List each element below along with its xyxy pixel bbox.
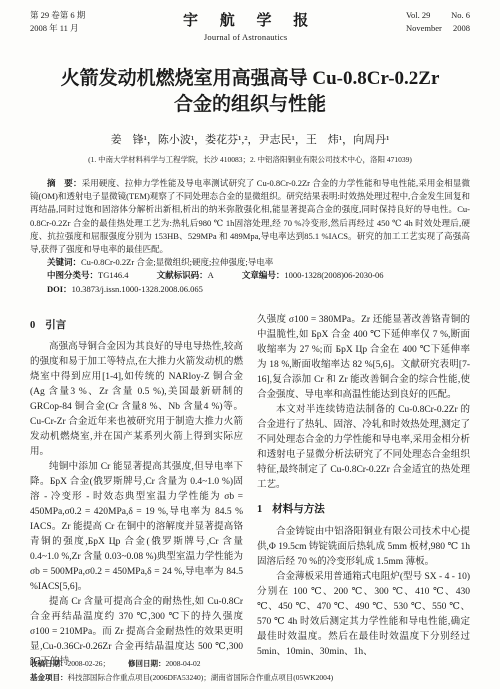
paragraph: 合金铸锭由中铝洛阳铜业有限公司技术中心提供,Φ 19.5cm 铸锭铣面后热轧成 … (257, 525, 470, 570)
funding-line: 基金项目：科技部国际合作重点项目(2006DFA53240)；湖南省国际合作重点… (30, 671, 470, 685)
doi-line: DOI：10.3873/j.issn.1000-1328.2008.06.065 (30, 283, 470, 296)
issue-volume-cn: 第 29 卷第 6 期 (30, 9, 85, 22)
issue-no-en: No. 6 (451, 9, 470, 22)
received-dates-line: 收稿日期：2008-02-26；修回日期：2008-04-02 (30, 657, 470, 671)
journal-masthead: 第 29 卷第 6 期 2008 年 11 月 宇 航 学 报 Journal … (30, 9, 470, 42)
clc-value: TG146.4 (98, 270, 128, 280)
section-1-number: 1 (257, 504, 262, 515)
footnote-block: 收稿日期：2008-02-26；修回日期：2008-04-02 基金项目：科技部… (30, 657, 470, 684)
issue-info-en: Vol. 29 No. 6 November 2008 (406, 9, 470, 34)
section-1-title: 材料与方法 (272, 504, 325, 515)
issue-month-en: November (406, 22, 442, 35)
article-id-pair: 文章编号：1000-1328(2008)06-2030-06 (242, 270, 384, 280)
abstract-label: 摘 要： (47, 178, 82, 188)
received-label: 收稿日期： (30, 659, 68, 668)
keywords-text: Cu-0.8Cr-0.2Zr 合金;显微组织;硬度;拉伸强度;导电率 (81, 257, 273, 267)
revised-value: 2008-04-02 (166, 659, 201, 668)
article-id-value: 1000-1328(2008)06-2030-06 (284, 270, 383, 280)
article-title-line2: 合金的组织与性能 (30, 92, 470, 118)
article-title-line1: 火箭发动机燃烧室用高强高导 Cu-0.8Cr-0.2Zr (30, 66, 470, 92)
clc-label: 中图分类号： (47, 270, 98, 280)
paragraph: 合金薄板采用普通箱式电阻炉(型号 SX - 4 - 10)分别在 100 ℃、2… (257, 570, 470, 660)
affiliation-line: (1. 中南大学材料科学与工程学院，长沙 410083；2. 中铝洛阳铜业有限公… (30, 154, 470, 165)
abstract-section: 摘 要：采用硬度、拉伸力学性能及导电率测试研究了 Cu-0.8Cr-0.2Zr … (30, 177, 470, 296)
issue-info-cn: 第 29 卷第 6 期 2008 年 11 月 (30, 9, 85, 34)
keywords-label: 关键词： (47, 257, 81, 267)
classification-line: 中图分类号：TG146.4 文献标识码：A 文章编号：1000-1328(200… (30, 269, 470, 282)
section-1-heading: 1材料与方法 (257, 502, 470, 517)
left-column: 0引言 高强高导铜合金因为其良好的导电导热性,较高的强度和易于加工等特点,在大推… (30, 313, 243, 670)
article-body: 0引言 高强高导铜合金因为其良好的导电导热性,较高的强度和易于加工等特点,在大推… (30, 313, 470, 670)
issue-vol-no-row: Vol. 29 No. 6 (406, 9, 470, 22)
funding-label: 基金项目： (30, 673, 68, 682)
paragraph: 纯铜中添加 Cr 能显著提高其强度,但导电率下降。БрX 合金(俄罗斯牌号,Cr… (30, 460, 243, 595)
section-0-heading: 0引言 (30, 318, 243, 333)
article-title: 火箭发动机燃烧室用高强高导 Cu-0.8Cr-0.2Zr 合金的组织与性能 (30, 66, 470, 118)
journal-page: 第 29 卷第 6 期 2008 年 11 月 宇 航 学 报 Journal … (0, 0, 500, 689)
issue-date-row: November 2008 (406, 22, 470, 35)
section-0-title: 引言 (45, 320, 66, 331)
paragraph: 高强高导铜合金因为其良好的导电导热性,较高的强度和易于加工等特点,在大推力火箭发… (30, 340, 243, 460)
paragraph-continuation: 久强度 σ100 = 380MPa。Zr 还能显著改善铬青铜的中温脆性,如 Бр… (257, 313, 470, 403)
journal-title-en: Journal of Astronautics (85, 32, 406, 42)
received-value: 2008-02-26； (68, 659, 111, 668)
paragraph: 本文对半连续铸造法制备的 Cu-0.8Cr-0.2Zr 的合金进行了热轧、固溶、… (257, 403, 470, 493)
section-0-number: 0 (30, 320, 35, 331)
issue-year-en: 2008 (453, 22, 470, 35)
issue-date-cn: 2008 年 11 月 (30, 22, 85, 35)
abstract-paragraph: 摘 要：采用硬度、拉伸力学性能及导电率测试研究了 Cu-0.8Cr-0.2Zr … (30, 177, 470, 256)
right-column: 久强度 σ100 = 380MPa。Zr 还能显著改善铬青铜的中温脆性,如 Бр… (257, 313, 470, 670)
author-list: 姜 锋¹，陈小波¹，娄花芬¹,²，尹志民¹，王 炜¹，向周丹¹ (30, 131, 470, 147)
doc-code-pair: 文献标识码：A (157, 270, 214, 280)
journal-title-block: 宇 航 学 报 Journal of Astronautics (85, 9, 406, 42)
revised-label: 修回日期： (128, 659, 166, 668)
doi-value: 10.3873/j.issn.1000-1328.2008.06.065 (72, 284, 203, 294)
keywords-line: 关键词：Cu-0.8Cr-0.2Zr 合金;显微组织;硬度;拉伸强度;导电率 (30, 256, 470, 269)
funding-value: 科技部国际合作重点项目(2006DFA53240)；湖南省国际合作重点项目(05… (68, 673, 334, 682)
doi-label: DOI： (47, 284, 72, 294)
journal-title-cn: 宇 航 学 报 (85, 9, 406, 30)
doc-code-value: A (208, 270, 214, 280)
clc-pair: 中图分类号：TG146.4 (47, 270, 128, 280)
article-id-label: 文章编号： (242, 270, 285, 280)
doc-code-label: 文献标识码： (157, 270, 208, 280)
abstract-text: 采用硬度、拉伸力学性能及导电率测试研究了 Cu-0.8Cr-0.2Zr 合金的力… (30, 178, 470, 254)
issue-vol-en: Vol. 29 (406, 9, 430, 22)
